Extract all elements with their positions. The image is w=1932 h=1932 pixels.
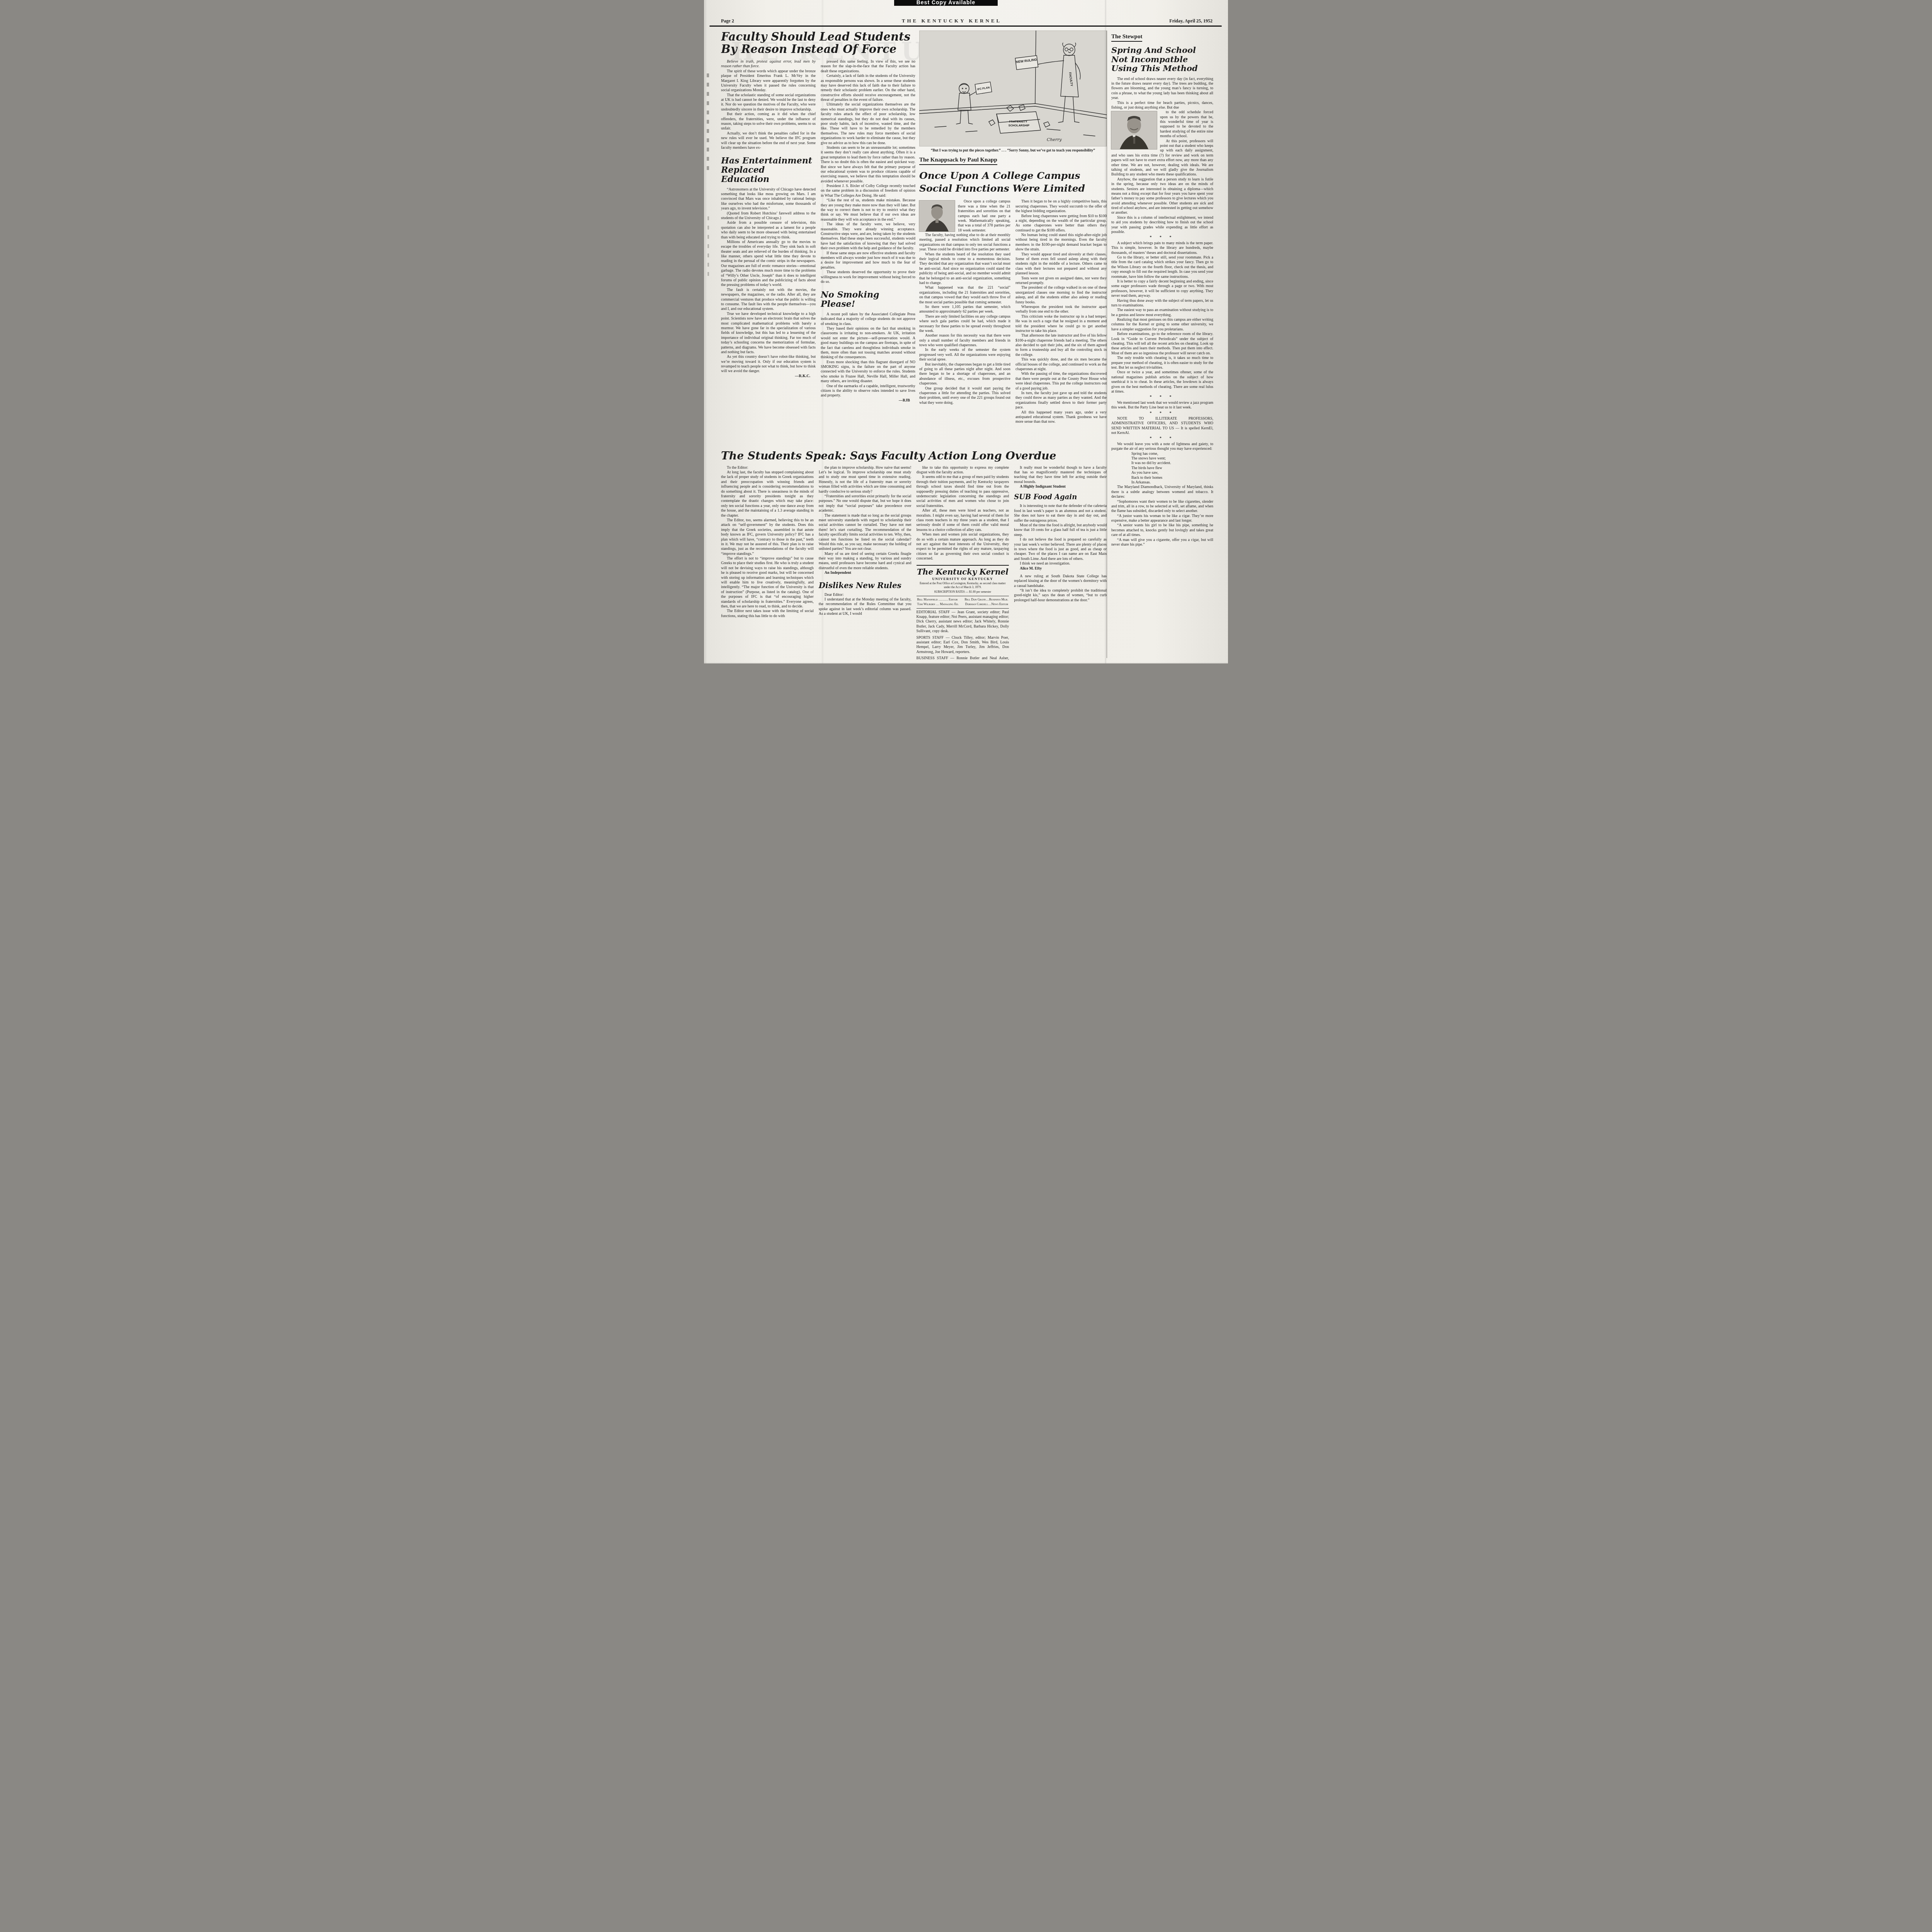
editorial-paragraph: Even more shocking than this flagrant di…	[821, 360, 915, 384]
editorial-paragraph: Ultimately the social organizations them…	[821, 102, 915, 146]
letter-paragraph: like to take this opportunity to express…	[917, 466, 1009, 475]
editorial-paragraph: A recent poll taken by the Associated Co…	[821, 312, 915, 327]
letter-paragraph: I understand that at the Monday meeting …	[819, 597, 912, 617]
stewpot-paragraph: We mentioned last week that we would rev…	[1111, 401, 1213, 410]
knappsack-paragraph: In the early weeks of the semester the s…	[919, 348, 1010, 362]
stewpot-paragraph: The birds have flew	[1111, 466, 1213, 471]
stewpot-paragraph: Spring has come,	[1111, 452, 1213, 456]
best-copy-banner: Best Copy Available	[894, 0, 998, 6]
knappsack-paragraph: But inevitably, the chaperones began to …	[919, 362, 1010, 386]
masthead-subscription: SUBSCRIPTION RATES — $1.00 per semester	[919, 590, 1007, 594]
no-smoking-headline: No Smoking Please!	[821, 291, 915, 309]
knappsack-paragraph: When the students heard of the resolutio…	[919, 252, 1010, 286]
dislikes-new-rules-headline: Dislikes New Rules	[819, 581, 912, 590]
knappsack-paragraph: So there were 1,105 parties that semeste…	[919, 305, 1010, 315]
stewpot-paragraph: Since this is a column of intellectual e…	[1111, 216, 1213, 235]
stewpot-headline: Spring And School Not Incompatble Using …	[1111, 46, 1213, 73]
stewpot-paragraph: This is a perfect time for beach parties…	[1111, 101, 1213, 111]
letter-paragraph: After all, these men were hired as teach…	[917, 509, 1009, 532]
kernel-masthead: The Kentucky Kernel UNIVERSITY OF KENTUC…	[917, 565, 1009, 662]
editorial-paragraph: As yet this country doesn’t have robot-l…	[721, 355, 816, 374]
stewpot-paragraph: Before examinations, go to the reference…	[1111, 332, 1213, 356]
letter-paragraph: When men and women join social organizat…	[917, 532, 1009, 561]
letters-column-3: like to take this opportunity to express…	[917, 466, 1009, 662]
center-feature: NEW RULING IFC PLAN FRATERNITY SCHOLARSH…	[919, 30, 1107, 447]
knappsack-paragraph: They would appear tired and slovenly at …	[1015, 252, 1107, 276]
stewpot-paragraph: “A junior wants his woman to be like a c…	[1111, 514, 1213, 524]
editorial-paragraph: The ideas of the faculty were, we believ…	[821, 222, 915, 251]
stewpot-kicker: The Stewpot	[1111, 34, 1142, 42]
editorial-paragraph: “Astronomers at the University of Chicag…	[721, 187, 816, 211]
knappsack-column-1: Once upon a college campus there was a t…	[919, 199, 1010, 424]
editorial-paragraph: (Quoted from Robert Hutchins’ farewell a…	[721, 211, 816, 221]
letter-paragraph: The effort is not to “improve standings”…	[721, 556, 814, 609]
masthead-university: UNIVERSITY OF KENTUCKY	[917, 577, 1009, 581]
stewpot-paragraph: “A man will give you a cigarette, offer …	[1111, 538, 1213, 548]
knappsack-paragraph: This criticism woke the instructor up in…	[1015, 315, 1107, 334]
masthead-staff-rows: Bill Mansfield ............ Editor Bill …	[917, 596, 1009, 609]
entertainment-paragraphs: “Astronomers at the University of Chicag…	[721, 187, 816, 379]
editorial-column-1: Believe in truth, protest against error,…	[721, 60, 816, 403]
letter-paragraph: The Editor, too, seems alarmed, believin…	[721, 518, 814, 556]
knappsack-paragraph: The faculty, having nothing else to do a…	[919, 233, 1010, 252]
editorial-paragraphs: Believe in truth, protest against error,…	[721, 60, 816, 150]
editorial-paragraph: Students can seem to be an unreasonable …	[821, 146, 915, 184]
staff-entry: Bill Don Grote....Business Mgr.	[965, 597, 1009, 602]
letters-column-1: To the Editor:At long last, the faculty …	[721, 466, 814, 662]
filler-paragraphs: A new ruling at South Dakota State Colle…	[1014, 574, 1107, 603]
scan-edge-artifact	[707, 216, 709, 278]
stewpot-paragraph: A subject which brings pain to many mind…	[1111, 241, 1213, 255]
editorial-paragraph: pressed this same feeling. In view of th…	[821, 60, 915, 74]
stewpot-paragraph: Back to their homes	[1111, 476, 1213, 480]
letter-paragraph: It is interesting to note that the defen…	[1014, 504, 1107, 523]
headline-line: Once Upon A College Campus	[919, 170, 1080, 181]
letter-paragraphs: To the Editor:At long last, the faculty …	[721, 466, 814, 619]
knappsack-paragraph: No human being could stand this night-af…	[1015, 233, 1107, 252]
knappsack-paragraph: With the passing of time, the organizati…	[1015, 372, 1107, 391]
stewpot-paragraph: It is better to copy a fairly decent beg…	[1111, 279, 1213, 299]
stewpot-paragraph: Having thus done away with the subject o…	[1111, 299, 1213, 308]
editorial-paragraph: The fault is certainly not with the movi…	[721, 288, 816, 312]
staff-row: Tom Wilborn .... Managing Ed. Dorman Cor…	[917, 602, 1009, 607]
stewpot-paragraph: It was no did by accident.	[1111, 461, 1213, 466]
editorial-paragraph: Millions of Americans annually go to the…	[721, 240, 816, 288]
editorial-paragraphs: pressed this same feeling. In view of th…	[821, 60, 915, 284]
letter-paragraph: The Editor next takes issue with the lim…	[721, 609, 814, 619]
stewpot-paragraph: The snows have went;	[1111, 456, 1213, 461]
scan-edge-artifact	[707, 73, 709, 170]
knappsack-paragraph: One group decided that it would start pa…	[919, 386, 1010, 406]
stewpot-columnist-photo	[1111, 111, 1157, 149]
lead-editorial: Faculty Should Lead Students By Reason I…	[721, 30, 919, 447]
letter-paragraph: Dear Editor:	[819, 593, 912, 597]
editorial-paragraph: The spirit of these words which appear u…	[721, 69, 816, 93]
editorial-paragraph: But their action, coming as it did when …	[721, 112, 816, 131]
stewpot-paragraph: Anyhow, the suggestion that a person stu…	[1111, 177, 1213, 216]
letter-paragraph: At long last, the faculty has stopped co…	[721, 470, 814, 518]
knappsack-paragraph: The president of the college walked in o…	[1015, 286, 1107, 305]
letter-paragraph: To the Editor:	[721, 466, 814, 470]
sub-food-headline: SUB Food Again	[1014, 493, 1107, 501]
editorial-paragraph: —R.K.C.	[721, 374, 816, 379]
editorial-paragraph: Believe in truth, protest against error,…	[721, 60, 816, 69]
stewpot-paragraph: * * *	[1111, 411, 1213, 416]
knappsack-kicker: The Knappsack by Paul Knapp	[919, 157, 997, 165]
letter-paragraph: I do not believe the food is prepared so…	[1014, 537, 1107, 561]
newspaper-name: THE KENTUCKY KERNEL	[902, 18, 1002, 24]
newspaper-page: Best Copy Available HE KENTUCK Page 2 TH…	[704, 0, 1228, 663]
knappsack-paragraph: In turn, the faculty just gave up and to…	[1015, 391, 1107, 410]
headline-line: Social Functions Were Limited	[919, 183, 1085, 194]
lead-editorial-headline: Faculty Should Lead Students By Reason I…	[721, 31, 915, 56]
staff-row: Bill Mansfield ............ Editor Bill …	[917, 597, 1009, 602]
page-number: Page 2	[721, 18, 734, 24]
editorial-paragraph: —RJB	[821, 398, 915, 403]
stewpot-paragraph: “Sophomores want their women to be like …	[1111, 500, 1213, 514]
headline-line: Spring And School	[1111, 45, 1196, 55]
knappsack-headline: Once Upon A College Campus Social Functi…	[919, 170, 1107, 195]
editorial-cartoon: NEW RULING IFC PLAN FRATERNITY SCHOLARSH…	[919, 31, 1107, 153]
staff-entry: Dorman Cordell....News Editor	[965, 602, 1008, 607]
stewpot-paragraph: * * *	[1111, 395, 1213, 400]
knappsack-column-2: Then it began to be on a highly competit…	[1015, 199, 1107, 424]
stewpot-paragraph: The Maryland Diamondback, University of …	[1111, 485, 1213, 499]
entertainment-headline: Has Entertainment Replaced Education	[721, 156, 816, 184]
letter-paragraph: It seems odd to me that a group of men p…	[917, 475, 1009, 509]
knappsack-paragraph: There are only limited facilities on any…	[919, 315, 1010, 334]
sports-staff-list: SPORTS STAFF — Chuck Tilley, editor; Mar…	[917, 636, 1009, 655]
stewpot-paragraph: Once or twice a year, and sometimes ofte…	[1111, 370, 1213, 394]
staff-entry: Bill Mansfield ............ Editor	[917, 597, 958, 602]
letter-paragraphs: the plan to improve scholarship. How nai…	[819, 466, 912, 576]
cartoon-caption: “But I was trying to put the pieces toge…	[920, 148, 1106, 153]
knappsack-paragraph: What happened was that the 221 “social” …	[919, 286, 1010, 305]
stewpot-column: The Stewpot Spring And School Not Incomp…	[1107, 31, 1213, 658]
editorial-paragraph: These students deserved the opportunity …	[821, 270, 915, 284]
editorial-paragraph: Aside from a possible censure of televis…	[721, 221, 816, 240]
knappsack-paragraph: Tests were not given on assigned dates, …	[1015, 276, 1107, 286]
letters-column-2: the plan to improve scholarship. How nai…	[819, 466, 912, 662]
stewpot-paragraph: The easiest way to pass an examination w…	[1111, 308, 1213, 318]
stewpot-paragraph: Realizing that most geniuses on this cam…	[1111, 318, 1213, 332]
headline-line: Faculty Should Lead Students	[721, 30, 910, 43]
headline-line: By Reason Instead Of Force	[721, 43, 896, 56]
editorial-paragraph: Actually, we don’t think the penalties c…	[721, 131, 816, 151]
stewpot-paragraph: * * *	[1111, 235, 1213, 240]
issue-date: Friday, April 25, 1952	[1169, 18, 1213, 24]
editorial-paragraph: True we have developed technical knowled…	[721, 312, 816, 355]
students-speak-section: The Students Speak: Says Faculty Action …	[721, 449, 1107, 662]
letter-paragraph: “It isn’t the idea to completely prohibi…	[1014, 588, 1107, 603]
letter-paragraph: It really must be wonderful though to ha…	[1014, 466, 1107, 485]
letter-paragraph: Alice M. Efty	[1014, 566, 1107, 571]
letter-paragraph: the plan to improve scholarship. How nai…	[819, 466, 912, 494]
cartoon-label-box-2: SCHOLARSHIP	[1009, 124, 1030, 127]
stewpot-paragraph: * * *	[1111, 436, 1213, 441]
page-content: Faculty Should Lead Students By Reason I…	[704, 27, 1228, 662]
headline-line: Replaced Education	[721, 165, 769, 184]
stewpot-paragraph: The only trouble with cheating is, it ta…	[1111, 356, 1213, 370]
letter-paragraph: An Independent	[819, 571, 912, 575]
editorial-paragraph: One of the earmarks of a capable, intell…	[821, 384, 915, 398]
stewpot-paragraphs: to the odd schedule forced upon us by th…	[1111, 110, 1213, 547]
letter-paragraphs: Dear Editor:I understand that at the Mon…	[819, 593, 912, 617]
stewpot-paragraph: The end of school draws nearer every day…	[1111, 77, 1213, 101]
masthead-entered: Entered at the Post Office at Lexington,…	[919, 582, 1007, 589]
stewpot-intro: The end of school draws nearer every day…	[1111, 77, 1213, 111]
letters-column-4: It really must be wonderful though to ha…	[1014, 466, 1107, 662]
paul-knapp-photo	[919, 201, 955, 231]
knappsack-paragraph: Then it began to be on a highly competit…	[1015, 199, 1107, 214]
headline-line: Not Incompatble	[1111, 54, 1188, 64]
editorial-staff-list: EDITORIAL STAFF — Jean Grant, society ed…	[917, 610, 1009, 634]
editorial-column-2: pressed this same feeling. In view of th…	[821, 60, 915, 403]
letter-paragraphs: like to take this opportunity to express…	[917, 466, 1009, 561]
knappsack-paragraph: All this happened many years ago, under …	[1015, 410, 1107, 425]
editorial-paragraph: If these same steps are now effective st…	[821, 251, 915, 270]
letter-paragraph: A new ruling at South Dakota State Colle…	[1014, 574, 1107, 588]
editorial-paragraph: They based their opinions on the fact th…	[821, 327, 915, 360]
letter-paragraph: The statement is made that so long as th…	[819, 514, 912, 552]
cartoon-label-faculty: FACULTY	[1068, 72, 1073, 87]
cartoonist-signature: Cherry	[1047, 137, 1062, 142]
knappsack-paragraph: Another reason for this necessity was th…	[919, 333, 1010, 348]
knappsack-paragraphs: Then it began to be on a highly competit…	[1015, 199, 1107, 424]
students-speak-headline: The Students Speak: Says Faculty Action …	[721, 450, 1107, 462]
letter-paragraph: I think we need an investigation.	[1014, 561, 1107, 566]
knappsack-paragraph: Before long chaperones were getting from…	[1015, 214, 1107, 233]
staff-entry: Tom Wilborn .... Managing Ed.	[917, 602, 959, 607]
knappsack-paragraph: Whereupon the president took the instruc…	[1015, 305, 1107, 315]
knappsack-paragraph: This was quickly done, and the six men b…	[1015, 357, 1107, 372]
stewpot-paragraph: Go to the library, or better still, send…	[1111, 255, 1213, 279]
stewpot-paragraph: In Arkansas.	[1111, 480, 1213, 485]
letter-paragraph: “Fraternities and sororities exist prima…	[819, 494, 912, 514]
cartoon-drawing: NEW RULING IFC PLAN FRATERNITY SCHOLARSH…	[919, 31, 1107, 146]
headline-line: Using This Method	[1111, 63, 1198, 73]
knappsack-paragraph: That afternoon the late instructor and f…	[1015, 333, 1107, 357]
editorial-paragraph: “Like the rest of us, students make mist…	[821, 198, 915, 222]
editorial-paragraph: Certainly, a lack of faith in the studen…	[821, 74, 915, 102]
sub-food-paragraphs: It is interesting to note that the defen…	[1014, 504, 1107, 571]
editorial-paragraph: President J. S. Bixler of Colby College …	[821, 184, 915, 198]
stewpot-paragraph: We would leave you with a note of lightn…	[1111, 442, 1213, 452]
editorial-paragraph: That the scholastic standing of some soc…	[721, 93, 816, 112]
letter-paragraph: Most of the time the food is allright, b…	[1014, 523, 1107, 537]
letter-paragraph: A Highly Indignant Student	[1014, 485, 1107, 489]
letter-paragraph: Many of us are tired of seeing certain G…	[819, 552, 912, 571]
letter-paragraphs: It really must be wonderful though to ha…	[1014, 466, 1107, 490]
headline-line: Has Entertainment	[721, 156, 812, 166]
no-smoking-paragraphs: A recent poll taken by the Associated Co…	[821, 312, 915, 403]
cartoon-label-box-1: FRATERNITY	[1009, 120, 1027, 123]
stewpot-paragraph: As you have saw,	[1111, 471, 1213, 475]
stewpot-paragraph: NOTE TO ILLITERATE PROFESSORS, ADMINISTR…	[1111, 417, 1213, 436]
stewpot-paragraph: “A senior wants his girl to be like his …	[1111, 523, 1213, 537]
business-staff-list: BUSINESS STAFF — Ronnie Butler and Neal …	[917, 656, 1009, 662]
masthead-title: The Kentucky Kernel	[917, 568, 1009, 576]
